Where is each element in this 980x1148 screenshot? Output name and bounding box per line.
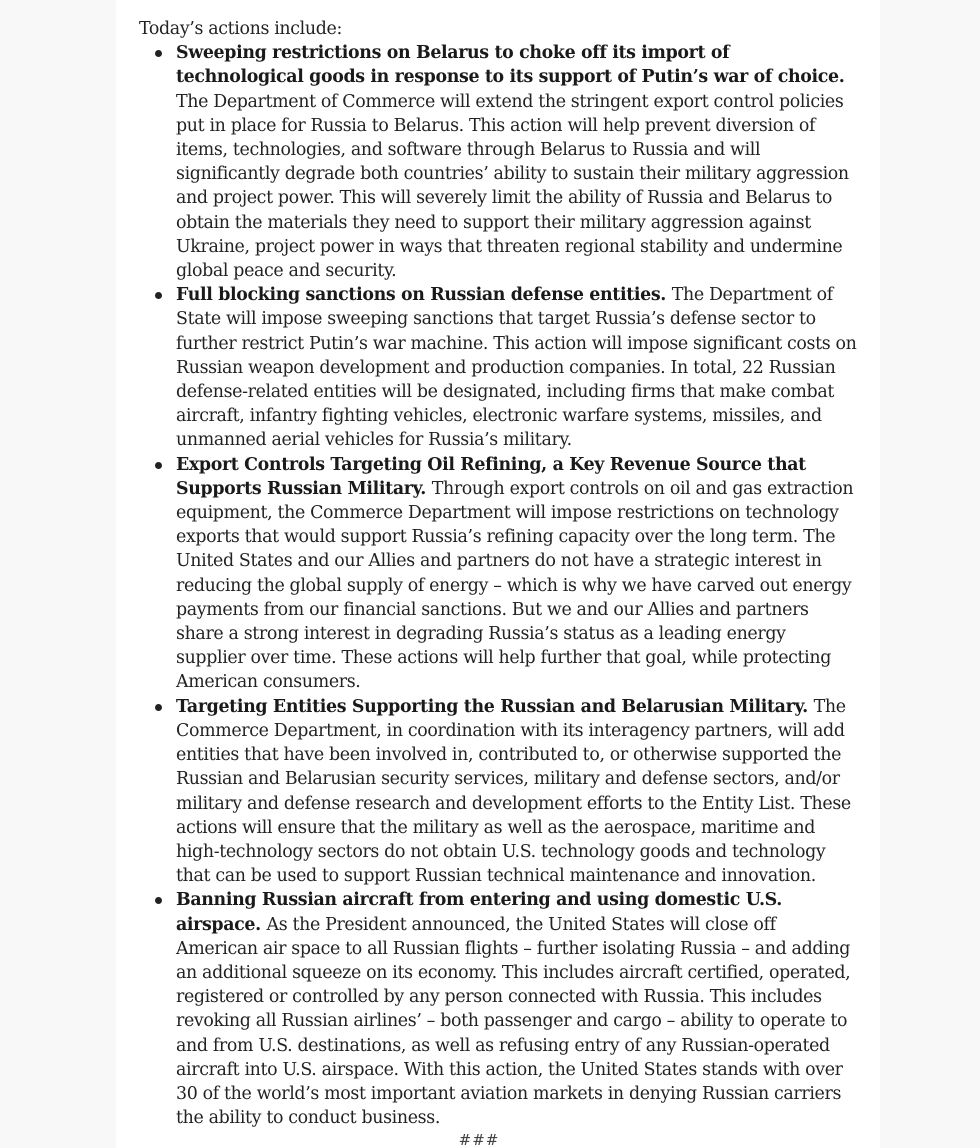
- action-body: Through export controls on oil and gas e…: [176, 479, 853, 693]
- action-body: The Commerce Department, in coordination…: [176, 697, 851, 886]
- action-body: The Department of State will impose swee…: [176, 285, 856, 450]
- intro-text: Today’s actions include:: [139, 17, 859, 41]
- bullet-icon: [155, 897, 162, 904]
- action-lead: Sweeping restrictions on Belarus to chok…: [176, 43, 844, 87]
- action-lead: Targeting Entities Supporting the Russia…: [176, 697, 814, 717]
- document-page: Today’s actions include: Sweeping restri…: [116, 0, 880, 1148]
- action-body: As the President announced, the United S…: [176, 915, 850, 1129]
- action-item: Banning Russian aircraft from entering a…: [176, 888, 859, 1130]
- closing-mark: ###: [139, 1131, 859, 1148]
- bullet-icon: [155, 704, 162, 711]
- action-item: Targeting Entities Supporting the Russia…: [176, 695, 859, 889]
- bullet-icon: [155, 462, 162, 469]
- action-item: Export Controls Targeting Oil Refining, …: [176, 453, 859, 695]
- bullet-icon: [155, 50, 162, 57]
- action-lead: Full blocking sanctions on Russian defen…: [176, 285, 672, 305]
- actions-list: Sweeping restrictions on Belarus to chok…: [139, 41, 859, 1130]
- bullet-icon: [155, 292, 162, 299]
- action-item: Full blocking sanctions on Russian defen…: [176, 283, 859, 452]
- document-content: Today’s actions include: Sweeping restri…: [139, 17, 859, 1148]
- action-body: The Department of Commerce will extend t…: [176, 92, 849, 281]
- action-item: Sweeping restrictions on Belarus to chok…: [176, 41, 859, 283]
